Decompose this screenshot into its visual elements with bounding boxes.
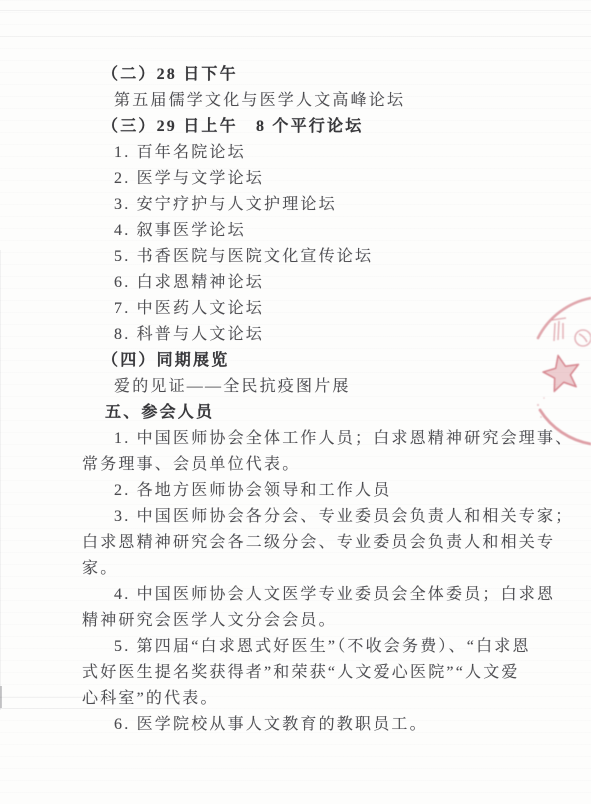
doc-text-line: 家。 bbox=[82, 556, 582, 582]
doc-heading-line: （二）28 日下午 bbox=[82, 62, 582, 88]
scanned-document-page: （二）28 日下午第五届儒学文化与医学人文高峰论坛（三）29 日上午 8 个平行… bbox=[0, 0, 591, 804]
doc-text-line: 精神研究会医学人文分会会员。 bbox=[82, 608, 582, 634]
doc-text-line: 式好医生提名奖获得者”和荣获“人文爱心医院”“人文爱 bbox=[82, 660, 582, 686]
scan-artifact-line bbox=[0, 10, 591, 11]
scan-artifact-mark bbox=[0, 686, 2, 708]
doc-text-line: 6. 医学院校从事人文教育的教职员工。 bbox=[82, 712, 582, 738]
doc-text-line: 4. 叙事医学论坛 bbox=[82, 218, 582, 244]
doc-heading-line: （三）29 日上午 8 个平行论坛 bbox=[82, 114, 582, 140]
doc-text-line: 5. 书香医院与医院文化宣传论坛 bbox=[82, 244, 582, 270]
scan-artifact-line bbox=[0, 36, 591, 37]
doc-text-line: 心科室”的代表。 bbox=[82, 686, 582, 712]
doc-text-line: 常务理事、会员单位代表。 bbox=[82, 452, 582, 478]
doc-heading-line: 五、参会人员 bbox=[82, 400, 582, 426]
doc-text-line: 爱的见证——全民抗疫图片展 bbox=[82, 374, 582, 400]
doc-text-line: 1. 中国医师协会全体工作人员；白求恩精神研究会理事、 bbox=[82, 426, 582, 452]
doc-text-line: 第五届儒学文化与医学人文高峰论坛 bbox=[82, 88, 582, 114]
doc-text-line: 2. 医学与文学论坛 bbox=[82, 166, 582, 192]
doc-text-line: 3. 安宁疗护与人文护理论坛 bbox=[82, 192, 582, 218]
doc-text-line: 5. 第四届“白求恩式好医生”（不收会务费）、“白求恩 bbox=[82, 634, 582, 660]
doc-text-line: 7. 中医药人文论坛 bbox=[82, 296, 582, 322]
doc-text-line: 4. 中国医师协会人文医学专业委员会全体委员；白求恩 bbox=[82, 582, 582, 608]
doc-text-line: 8. 科普与人文论坛 bbox=[82, 322, 582, 348]
doc-text-line: 6. 白求恩精神论坛 bbox=[82, 270, 582, 296]
doc-heading-line: （四）同期展览 bbox=[82, 348, 582, 374]
doc-text-line: 2. 各地方医师协会领导和工作人员 bbox=[82, 478, 582, 504]
doc-text-line: 1. 百年名院论坛 bbox=[82, 140, 582, 166]
scan-artifact-edge bbox=[0, 250, 1, 710]
doc-text-line: 白求恩精神研究会各二级分会、专业委员会负责人和相关专 bbox=[82, 530, 582, 556]
doc-text-line: 3. 中国医师协会各分会、专业委员会负责人和相关专家； bbox=[82, 504, 582, 530]
document-text-block: （二）28 日下午第五届儒学文化与医学人文高峰论坛（三）29 日上午 8 个平行… bbox=[82, 62, 582, 738]
